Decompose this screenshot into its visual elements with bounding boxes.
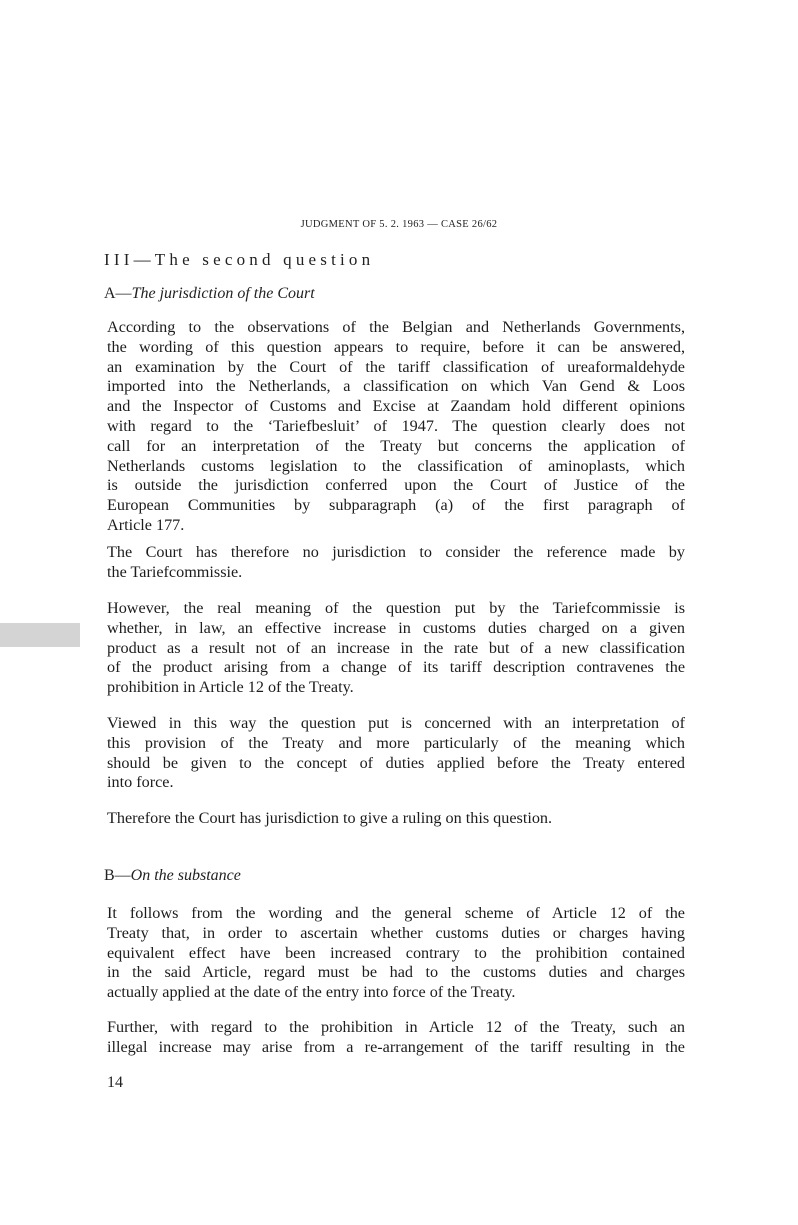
paragraph-4: Viewed in this way the question put is c… [107,714,685,793]
text-line: the Tariefcommissie. [107,563,685,583]
subsection-heading-a: A—The jurisdiction of the Court [104,285,315,303]
text-line: into force. [107,773,685,793]
text-line: The Court has therefore no jurisdiction … [107,543,685,563]
text-line: an examination by the Court of the tarif… [107,358,685,378]
text-line: call for an interpretation of the Treaty… [107,437,685,457]
paragraph-1: According to the observations of the Bel… [107,318,685,536]
text-line: the wording of this question appears to … [107,338,685,358]
text-line: Further, with regard to the prohibition … [107,1018,685,1038]
text-line: Therefore the Court has jurisdiction to … [107,809,685,829]
text-line: European Communities by subparagraph (a)… [107,496,685,516]
subsection-a-label: A— [104,285,132,302]
text-line: with regard to the ‘Tariefbesluit’ of 19… [107,417,685,437]
subsection-b-title: On the substance [131,867,241,884]
text-line: in the said Article, regard must be had … [107,963,685,983]
subsection-a-title: The jurisdiction of the Court [132,285,315,302]
running-head: JUDGMENT OF 5. 2. 1963 — CASE 26/62 [0,219,798,230]
subsection-heading-b: B—On the substance [104,867,241,885]
text-line: should be given to the concept of duties… [107,754,685,774]
paragraph-2: The Court has therefore no jurisdiction … [107,543,685,583]
page-number: 14 [107,1074,123,1092]
text-line: Article 177. [107,516,685,536]
paragraph-7: Further, with regard to the prohibition … [107,1018,685,1058]
text-line: whether, in law, an effective increase i… [107,619,685,639]
text-line: this provision of the Treaty and more pa… [107,734,685,754]
text-line: of the product arising from a change of … [107,658,685,678]
text-line: However, the real meaning of the questio… [107,599,685,619]
text-line: actually applied at the date of the entr… [107,983,685,1003]
text-line: and the Inspector of Customs and Excise … [107,397,685,417]
paragraph-5: Therefore the Court has jurisdiction to … [107,809,685,829]
text-line: prohibition in Article 12 of the Treaty. [107,678,685,698]
text-line: equivalent effect have been increased co… [107,944,685,964]
text-line: According to the observations of the Bel… [107,318,685,338]
text-line: illegal increase may arise from a re-arr… [107,1038,685,1058]
margin-tab-marker [0,623,80,647]
paragraph-6: It follows from the wording and the gene… [107,904,685,1003]
section-title: III—The second question [104,250,374,270]
text-line: Viewed in this way the question put is c… [107,714,685,734]
text-line: imported into the Netherlands, a classif… [107,377,685,397]
text-line: It follows from the wording and the gene… [107,904,685,924]
text-line: Treaty that, in order to ascertain wheth… [107,924,685,944]
paragraph-3: However, the real meaning of the questio… [107,599,685,698]
text-line: is outside the jurisdiction conferred up… [107,476,685,496]
text-line: product as a result not of an increase i… [107,639,685,659]
text-line: Netherlands customs legislation to the c… [107,457,685,477]
subsection-b-label: B— [104,867,131,884]
